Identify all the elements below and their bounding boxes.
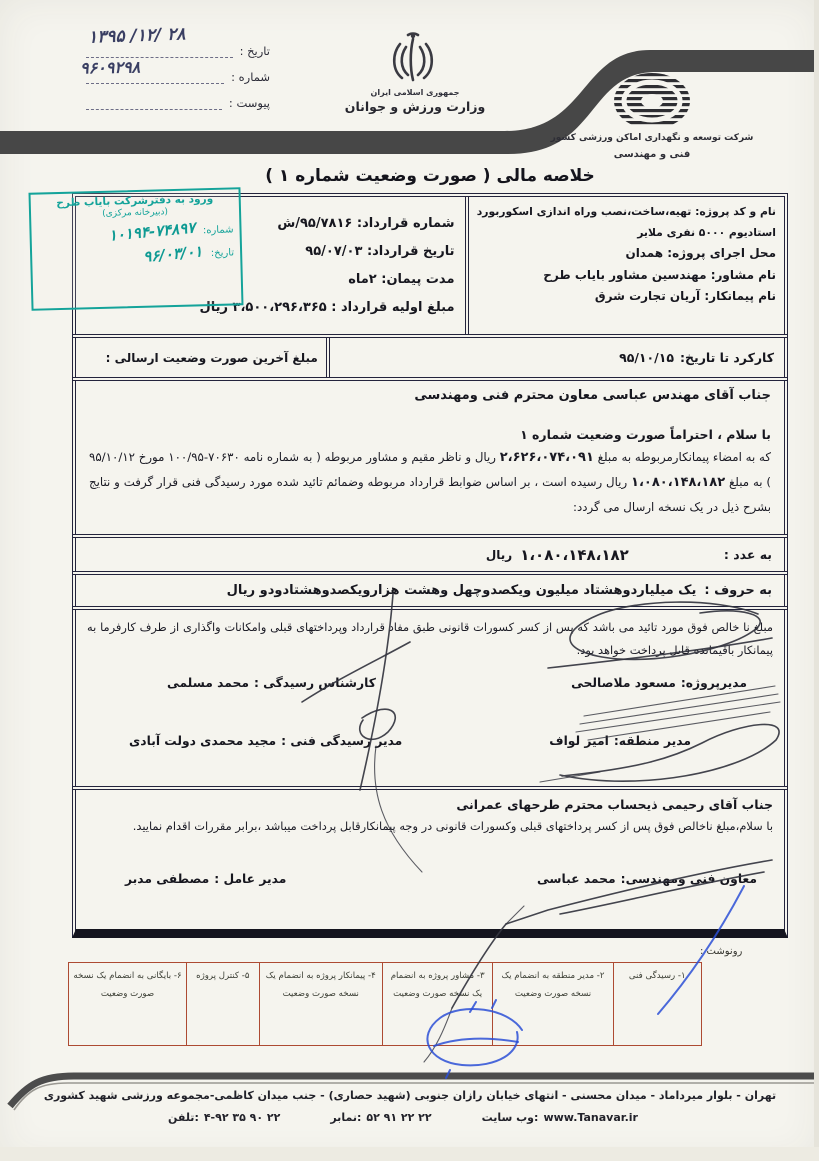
region-manager-role: مدیر منطقه: — [614, 734, 691, 748]
entry-registration-stamp: ورود به دفترشرکت بایاب طرح (دبیرخانه مرک… — [28, 187, 243, 311]
worked-until-cell: کارکرد تا تاریخ: ۹۵/۱۰/۱۵ — [326, 338, 784, 377]
contract-duration-value: ۲ماه — [348, 272, 377, 287]
letter1-addressee: جناب آقای مهندس عباسی معاون محترم فنی وم… — [89, 388, 771, 403]
contract-date-label: تاریخ قرارداد: — [367, 244, 455, 259]
cc-item-2: ۲- مدیر منطقه به انضمام یک نسخه صورت وضع… — [492, 963, 612, 1045]
amount-digits-row: به عدد : ۱،۰۸۰،۱۴۸،۱۸۲ ریال — [72, 534, 788, 575]
stamp-handwritten-date: ۹۶/۰۳/۰۱ — [143, 242, 204, 266]
footer-band-graphic — [0, 1064, 819, 1112]
approval-signature-row-2: مدیر منطقه: امیر لواف مدیر رسیدگی فنی : … — [87, 734, 773, 748]
technical-review-manager-role: مدیر رسیدگی فنی : — [281, 734, 402, 748]
project-location-row: محل اجرای پروژه: همدان — [475, 243, 777, 265]
stamp-number-row: شماره: ۱۰۱۹۴-۷۴۸۹۷ — [37, 220, 233, 243]
footer-website: وب سایت: www.Tanavar.ir — [482, 1111, 638, 1124]
phone-value: ۴-۹۲ ۳۵ ۹۰ ۲۲ — [204, 1111, 280, 1124]
fax-label: نمابر: — [330, 1111, 361, 1124]
website-value: www.Tanavar.ir — [543, 1111, 638, 1124]
stamp-handwritten-number: ۱۰۱۹۴-۷۴۸۹۷ — [107, 218, 195, 244]
review-expert-role: کارشناس رسیدگی : — [254, 676, 376, 690]
website-label: وب سایت: — [482, 1111, 539, 1124]
amount-digits-unit: ریال — [486, 548, 512, 562]
contract-duration-label: مدت پیمان: — [381, 272, 454, 287]
project-location-value: همدان — [625, 246, 663, 260]
letter1-body-p1: که به امضاء پیمانکارمربوطه به مبلغ — [594, 450, 771, 464]
attachment-label: پیوست : — [229, 96, 270, 110]
cc-label: رونوشت : — [700, 946, 742, 957]
emblem-caption: جمهوری اسلامی ایران — [340, 88, 490, 97]
amount-words-row: به حروف : یک میلیاردوهشتاد میلیون ویکصدو… — [72, 571, 788, 610]
last-statement-label: مبلغ آخرین صورت وضعیت ارسالی : — [106, 351, 318, 365]
approval-signature-row-1: مدیرپروژه: مسعود ملاصالحی کارشناس رسیدگی… — [87, 676, 773, 690]
letter2-addressee: جناب آقای رحیمی ذیحساب محترم طرحهای عمرا… — [87, 797, 773, 812]
footer-address: تهران - بلوار میرداماد - میدان محسنی - ا… — [36, 1089, 784, 1102]
footer-fax: نمابر: ۵۲ ۹۱ ۲۲ ۲۲ — [330, 1111, 431, 1124]
amount-words-value: یک میلیاردوهشتاد میلیون ویکصدوچهل وهشت ه… — [227, 583, 697, 598]
technical-review-manager-name: مجید محمدی دولت آبادی — [129, 734, 276, 748]
page-title: خلاصه مالی ( صورت وضعیت شماره ۱ ) — [72, 166, 788, 186]
stamp-date-label: تاریخ: — [211, 247, 235, 259]
cc-distribution-table: ۱- رسیدگی فنی ۲- مدیر منطقه به انضمام یک… — [68, 962, 702, 1046]
review-expert-name: محمد مسلمی — [167, 676, 249, 690]
company-name: شرکت توسعه و نگهداری اماکن ورزشی کشور — [536, 133, 768, 143]
contractor-label: نام پیمانکار: — [704, 289, 776, 303]
letter1-body: که به امضاء پیمانکارمربوطه به مبلغ ۲،۶۲۶… — [89, 445, 771, 520]
letter2-signature-row: معاون فنی ومهندسی: محمد عباسی مدیر عامل … — [87, 872, 773, 886]
contract-number-value: ۹۵/۷۸۱۶/ش — [277, 216, 352, 231]
letter-to-accountant: جناب آقای رحیمی ذیحساب محترم طرحهای عمرا… — [72, 786, 788, 938]
fax-value: ۵۲ ۹۱ ۲۲ ۲۲ — [366, 1111, 431, 1124]
amount-digits-value: ۱،۰۸۰،۱۴۸،۱۸۲ — [520, 546, 629, 564]
footer-phone: تلفن: ۴-۹۲ ۳۵ ۹۰ ۲۲ — [168, 1111, 280, 1124]
scan-edge-bottom — [0, 1147, 819, 1161]
ministry-name: وزارت ورزش و جوانان — [325, 99, 505, 114]
managing-director-role: مدیر عامل : — [214, 872, 286, 886]
letter2-body: با سلام،مبلغ ناخالص فوق پس از کسر پرداخت… — [87, 815, 773, 838]
company-logo-icon — [612, 71, 692, 131]
consultant-value: مهندسین مشاور بایاب طرح — [543, 268, 706, 282]
scanned-financial-summary-document: تاریخ : شماره : پیوست : ۱۳۹۵ /۱۲/ ۲۸ ۹۶۰… — [0, 0, 819, 1161]
signature-review-expert: کارشناس رسیدگی : محمد مسلمی — [167, 676, 376, 690]
net-amount: ۱،۰۸۰،۱۴۸،۱۸۲ — [631, 475, 725, 490]
handwritten-number: ۹۶۰۹۲۹۸ — [80, 57, 140, 77]
technical-deputy-name: محمد عباسی — [537, 872, 616, 886]
initial-amount-label: مبلغ اولیه قرارداد : — [331, 300, 454, 315]
letter-to-deputy: جناب آقای مهندس عباسی معاون محترم فنی وم… — [72, 377, 788, 538]
attachment-dashed-line — [86, 100, 222, 110]
reference-letter-number: ۱۰۰/۹۵-۷۰۶۳۰ — [168, 445, 240, 470]
amount-words-label: به حروف : — [704, 583, 772, 598]
project-manager-role: مدیرپروژه: — [681, 676, 747, 690]
approval-text: مبلغ نا خالص فوق مورد تائید می باشد که پ… — [87, 616, 773, 662]
technical-deputy-role: معاون فنی ومهندسی: — [621, 872, 757, 886]
amount-digits-label: به عدد : — [724, 547, 784, 562]
cc-item-1: ۱- رسیدگی فنی — [613, 963, 701, 1045]
project-location-label: محل اجرای پروژه: — [667, 246, 776, 260]
managing-director-name: مصطفی مدبر — [125, 872, 209, 886]
footer-contacts: تلفن: ۴-۹۲ ۳۵ ۹۰ ۲۲ نمابر: ۵۲ ۹۱ ۲۲ ۲۲ و… — [168, 1111, 638, 1124]
consultant-row: نام مشاور: مهندسین مشاور بایاب طرح — [475, 265, 777, 287]
stamp-date-row: تاریخ: ۹۶/۰۳/۰۱ — [38, 243, 234, 266]
contractor-row: نام پیمانکار: آریان تجارت شرق — [475, 286, 777, 308]
last-statement-cell: مبلغ آخرین صورت وضعیت ارسالی : — [76, 338, 326, 377]
project-name-row: نام و کد پروژه: تهیه،ساخت،نصب وراه انداز… — [475, 202, 777, 243]
cc-item-4: ۴- پیمانکار پروژه به انضمام یک نسخه صورت… — [259, 963, 382, 1045]
attachment-field: پیوست : — [86, 96, 270, 110]
gross-amount: ۲،۶۲۶،۰۷۴،۰۹۱ — [500, 450, 594, 465]
signature-technical-deputy: معاون فنی ومهندسی: محمد عباسی — [537, 872, 757, 886]
work-period-row: کارکرد تا تاریخ: ۹۵/۱۰/۱۵ مبلغ آخرین صور… — [72, 334, 788, 381]
contract-date-value: ۹۵/۰۷/۰۳ — [305, 244, 362, 259]
contractor-value: آریان تجارت شرق — [595, 289, 700, 303]
signature-project-manager: مدیرپروژه: مسعود ملاصالحی — [571, 676, 747, 690]
project-name-label: نام و کد پروژه: — [695, 205, 776, 218]
cc-item-3: ۳- مشاور پروژه به انضمام یک نسخه صورت وض… — [382, 963, 493, 1045]
phone-label: تلفن: — [168, 1111, 199, 1124]
number-label: شماره : — [231, 70, 270, 84]
region-manager-name: امیر لواف — [549, 734, 609, 748]
contract-number-label: شماره قرارداد: — [357, 216, 455, 231]
worked-until-value: ۹۵/۱۰/۱۵ — [619, 350, 674, 365]
signature-technical-review-manager: مدیر رسیدگی فنی : مجید محمدی دولت آبادی — [129, 734, 402, 748]
signature-region-manager: مدیر منطقه: امیر لواف — [549, 734, 691, 748]
company-department: فنی و مهندسی — [536, 149, 768, 160]
letterhead-reference-fields: تاریخ : شماره : پیوست : — [86, 44, 270, 122]
iran-emblem-icon — [390, 32, 436, 86]
date-label: تاریخ : — [240, 44, 270, 58]
cc-item-6: ۶- بایگانی به انضمام یک نسخه صورت وضعیت — [69, 963, 186, 1045]
letter1-salutation: با سلام ، احتراماً صورت وضعیت شماره ۱ — [89, 427, 771, 442]
letter1-body-p2: ریال و ناظر مقیم و مشاور مربوطه ( به شما… — [240, 450, 500, 464]
handwritten-date: ۱۳۹۵ /۱۲/ ۲۸ — [88, 24, 186, 47]
date-dashed-line — [86, 48, 233, 58]
scan-edge-right — [814, 0, 819, 1161]
consultant-label: نام مشاور: — [711, 268, 776, 282]
stamp-number-label: شماره: — [203, 224, 234, 236]
signature-managing-director: مدیر عامل : مصطفی مدبر — [125, 872, 286, 886]
project-info-cell: نام و کد پروژه: تهیه،ساخت،نصب وراه انداز… — [465, 197, 785, 334]
approval-section: مبلغ نا خالص فوق مورد تائید می باشد که پ… — [72, 606, 788, 790]
worked-until-label: کارکرد تا تاریخ: — [680, 350, 774, 365]
project-manager-name: مسعود ملاصالحی — [571, 676, 676, 690]
cc-item-5: ۵- کنترل پروژه — [186, 963, 259, 1045]
